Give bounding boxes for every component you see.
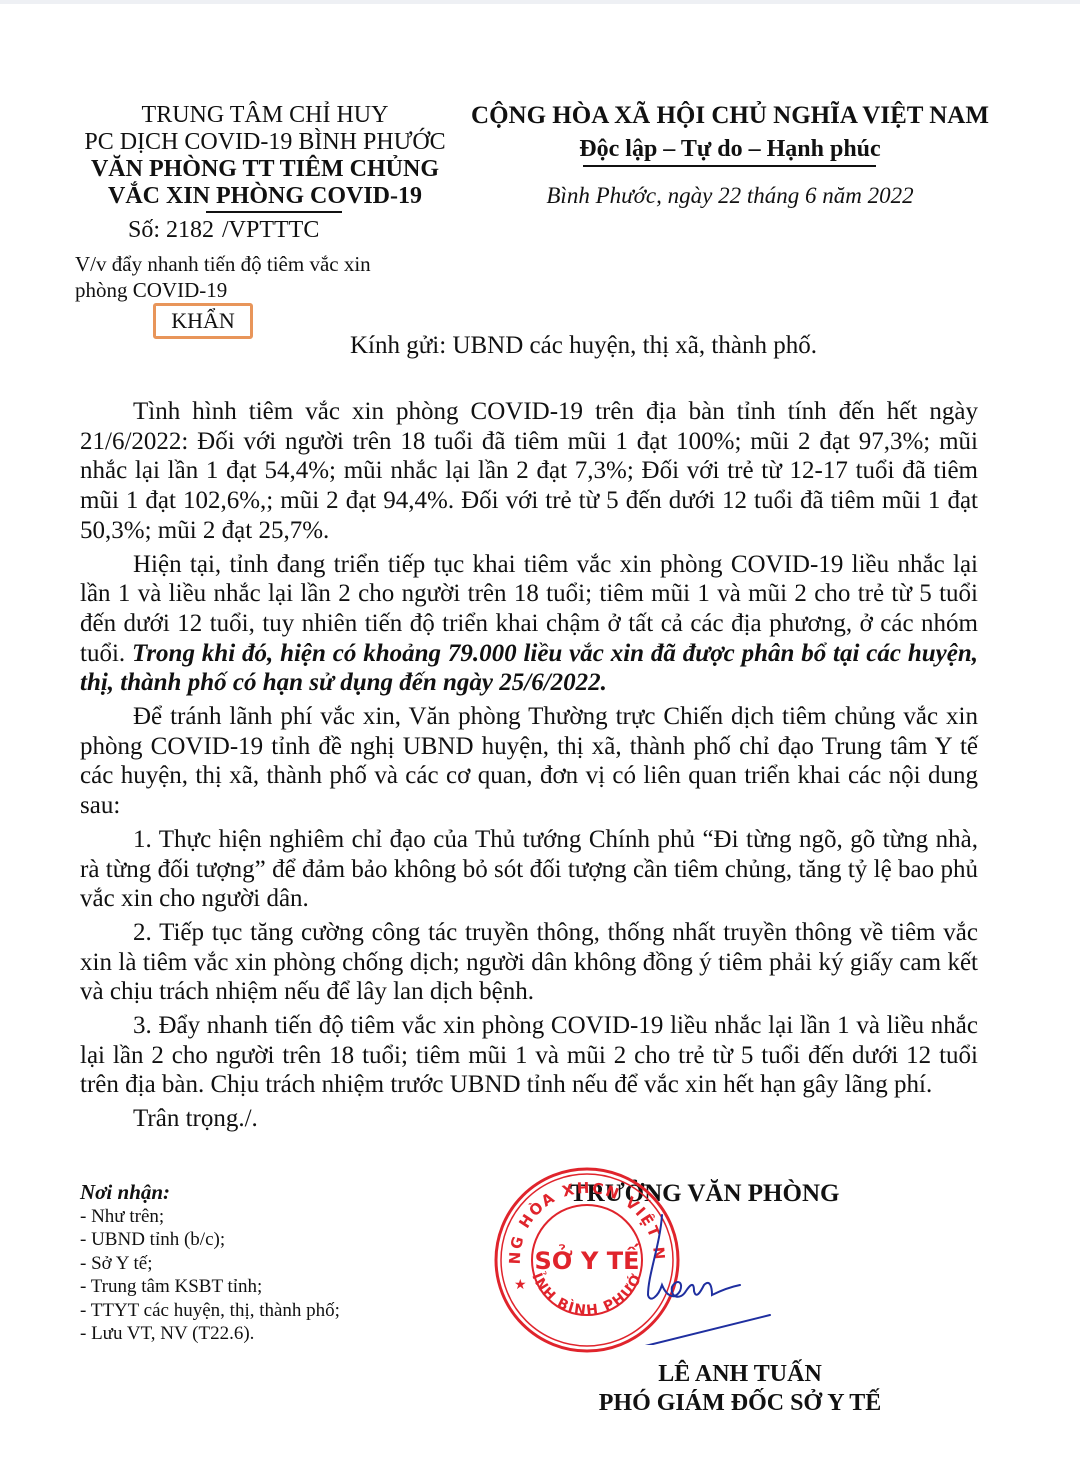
signer-name: LÊ ANH TUẤN: [480, 1360, 1000, 1389]
urgent-badge: KHẨN: [153, 303, 253, 339]
viewer-top-bar: [0, 0, 1080, 4]
place-date: Bình Phước, ngày 22 tháng 6 năm 2022: [470, 181, 990, 211]
motto-underline: [583, 165, 876, 167]
recipients-title: Nơi nhận:: [80, 1181, 340, 1205]
urgent-label: KHẨN: [171, 308, 235, 334]
recipient-item: - Như trên;: [80, 1205, 340, 1229]
national-motto: Độc lập – Tự do – Hạnh phúc: [470, 134, 990, 164]
document-subject: V/v đẩy nhanh tiến độ tiêm vắc xin phòng…: [75, 251, 415, 303]
recipient-item: - TTYT các huyện, thị, thành phố;: [80, 1299, 340, 1323]
recipients-list: - Như trên; - UBND tỉnh (b/c); - Sở Y tế…: [80, 1205, 340, 1346]
agency-parent-line1: TRUNG TÂM CHỈ HUY: [60, 102, 470, 128]
paragraph-current: Hiện tại, tỉnh đang triển tiếp tục khai …: [80, 550, 978, 699]
agency-name-line1: VĂN PHÒNG TT TIÊM CHỦNG: [60, 156, 470, 182]
svg-text:★: ★: [514, 1278, 527, 1293]
recipient-item: - UBND tỉnh (b/c);: [80, 1228, 340, 1252]
recipient-item: - Lưu VT, NV (T22.6).: [80, 1322, 340, 1346]
document-number-label: Số:: [128, 217, 160, 243]
list-item: 2. Tiếp tục tăng cường công tác truyền t…: [80, 918, 978, 1007]
document-number-value: 2182: [166, 217, 214, 243]
agency-underline: [206, 211, 342, 213]
agency-parent-line2: PC DỊCH COVID-19 BÌNH PHƯỚC: [60, 129, 470, 155]
list-item: 3. Đẩy nhanh tiến độ tiêm vắc xin phòng …: [80, 1011, 978, 1100]
paragraph-current-emphasis: Trong khi đó, hiện có khoảng 79.000 liều…: [80, 640, 978, 697]
document-number: Số:2182/VPTTTC: [128, 216, 319, 244]
addressee: Kính gửi: UBND các huyện, thị xã, thành …: [350, 331, 817, 361]
recipient-item: - Sở Y tế;: [80, 1252, 340, 1276]
list-item: 1. Thực hiện nghiêm chỉ đạo của Thủ tướn…: [80, 825, 978, 914]
document-number-suffix: /VPTTTC: [222, 217, 319, 243]
document-body: Tình hình tiêm vắc xin phòng COVID-19 tr…: [80, 397, 978, 1138]
paragraph-status: Tình hình tiêm vắc xin phòng COVID-19 tr…: [80, 397, 978, 546]
paragraph-request: Để tránh lãnh phí vắc xin, Văn phòng Thư…: [80, 702, 978, 821]
recipients-block: Nơi nhận: - Như trên; - UBND tỉnh (b/c);…: [80, 1181, 340, 1346]
handwritten-signature-icon: [640, 1195, 790, 1345]
closing: Trân trọng./.: [80, 1104, 978, 1134]
agency-name-line2: VẮC XIN PHÒNG COVID-19: [60, 183, 470, 209]
recipient-item: - Trung tâm KSBT tỉnh;: [80, 1275, 340, 1299]
stamp-center-text: SỞ Y TẾ: [534, 1242, 640, 1275]
signer-position: PHÓ GIÁM ĐỐC SỞ Y TẾ: [480, 1389, 1000, 1418]
country-name: CỘNG HÒA XÃ HỘI CHỦ NGHĨA VIỆT NAM: [470, 101, 990, 131]
